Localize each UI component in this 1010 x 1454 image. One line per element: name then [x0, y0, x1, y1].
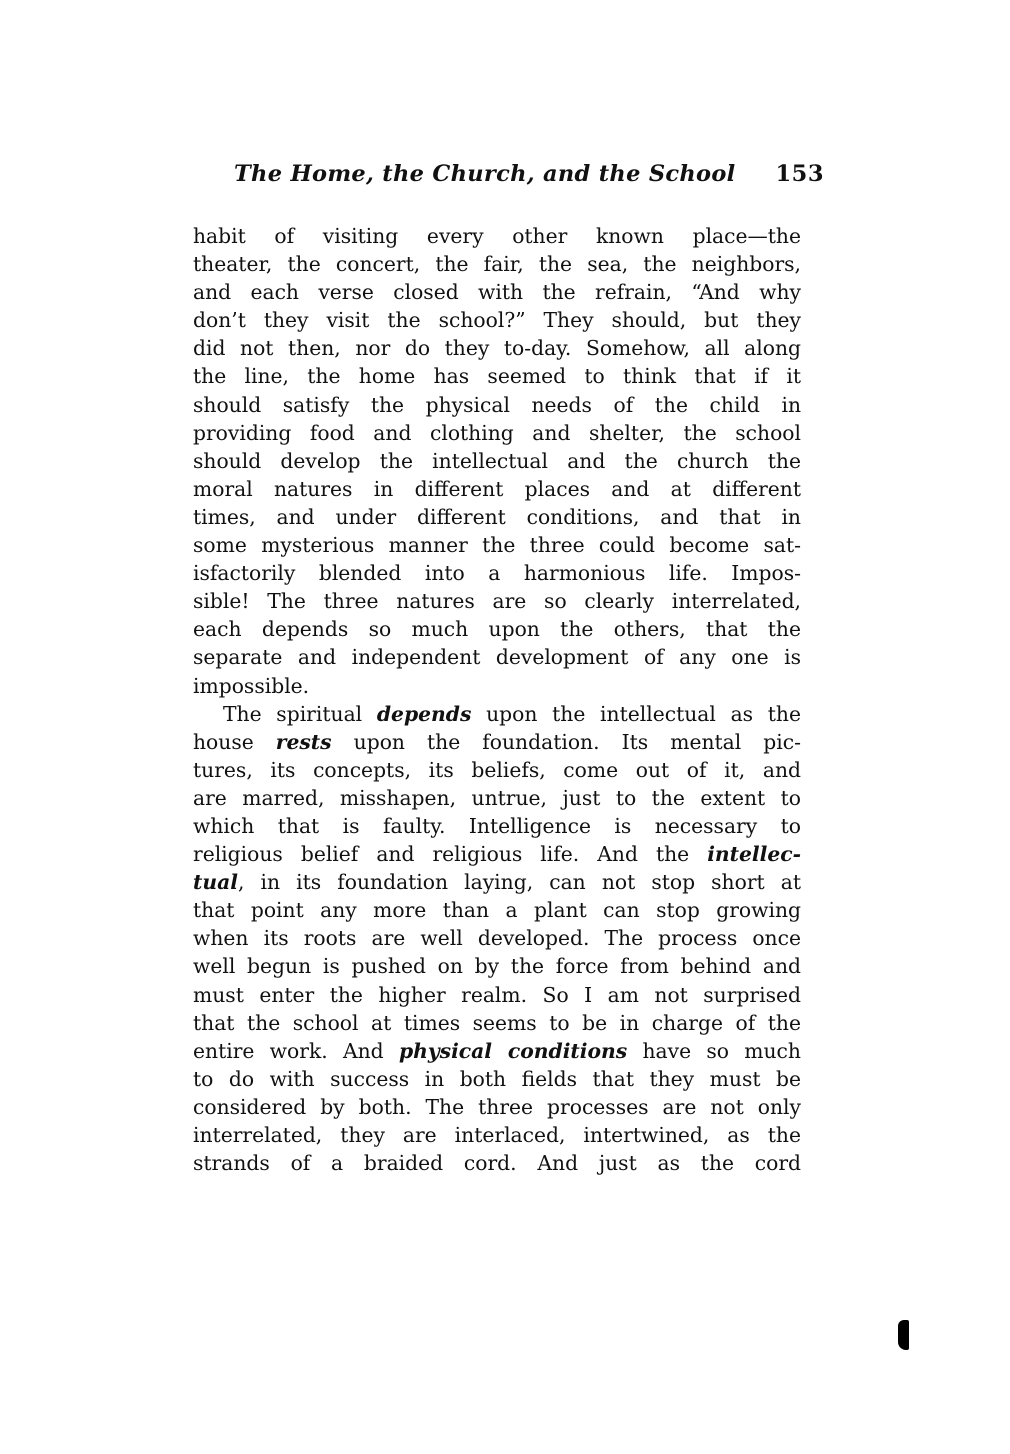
emphasis: depends — [377, 702, 472, 726]
emphasis: intellec- — [707, 842, 801, 866]
text-line: did not then, nor do they to-day. Someho… — [193, 334, 801, 362]
text-line: isfactorily blended into a harmonious li… — [193, 559, 801, 587]
text-line: habit of visiting every other known plac… — [193, 222, 801, 250]
text-line: interrelated, they are interlaced, inter… — [193, 1121, 801, 1149]
text-line: moral natures in different places and at… — [193, 475, 801, 503]
text-line: religious belief and religious life. And… — [193, 840, 801, 868]
text-line: impossible. — [193, 672, 801, 700]
scan-mark — [898, 1320, 909, 1350]
text-line: house rests upon the foundation. Its men… — [193, 728, 801, 756]
text-line: sible! The three natures are so clearly … — [193, 587, 801, 615]
text-line: separate and independent development of … — [193, 643, 801, 671]
text-line: which that is faulty. Intelligence is ne… — [193, 812, 801, 840]
text-line: strands of a braided cord. And just as t… — [193, 1149, 801, 1177]
text-line: considered by both. The three processes … — [193, 1093, 801, 1121]
text-line: should satisfy the physical needs of the… — [193, 391, 801, 419]
text-line: must enter the higher realm. So I am not… — [193, 981, 801, 1009]
body-text: habit of visiting every other known plac… — [193, 222, 801, 1177]
text-line: each depends so much upon the others, th… — [193, 615, 801, 643]
text-line: that the school at times seems to be in … — [193, 1009, 801, 1037]
page-number: 153 — [776, 161, 824, 187]
paragraph-1: habit of visiting every other known plac… — [193, 222, 801, 700]
text-line: tual, in its foundation laying, can not … — [193, 868, 801, 896]
book-page: The Home, the Church, and the School 153… — [0, 0, 1010, 1454]
text-line: and each verse closed with the refrain, … — [193, 278, 801, 306]
text-line: don’t they visit the school?” They shoul… — [193, 306, 801, 334]
text-line: should develop the intellectual and the … — [193, 447, 801, 475]
emphasis: tual — [193, 870, 238, 894]
running-title: The Home, the Church, and the School — [234, 161, 735, 187]
text-line: tures, its concepts, its beliefs, come o… — [193, 756, 801, 784]
text-line: well begun is pushed on by the force fro… — [193, 952, 801, 980]
emphasis: physical conditions — [399, 1039, 627, 1063]
text-line: times, and under different conditions, a… — [193, 503, 801, 531]
text-line: that point any more than a plant can sto… — [193, 896, 801, 924]
text-line: when its roots are well developed. The p… — [193, 924, 801, 952]
emphasis: rests — [276, 730, 332, 754]
text-line: to do with success in both fields that t… — [193, 1065, 801, 1093]
text-line: theater, the concert, the fair, the sea,… — [193, 250, 801, 278]
paragraph-2: The spiritual depends upon the intellect… — [193, 700, 801, 1178]
text-line: are marred, misshapen, untrue, just to t… — [193, 784, 801, 812]
text-line: the line, the home has seemed to think t… — [193, 362, 801, 390]
text-line: providing food and clothing and shelter,… — [193, 419, 801, 447]
text-line: The spiritual depends upon the intellect… — [193, 700, 801, 728]
text-line: entire work. And physical conditions hav… — [193, 1037, 801, 1065]
running-head: The Home, the Church, and the School 153 — [234, 161, 824, 187]
text-line: some mysterious manner the three could b… — [193, 531, 801, 559]
